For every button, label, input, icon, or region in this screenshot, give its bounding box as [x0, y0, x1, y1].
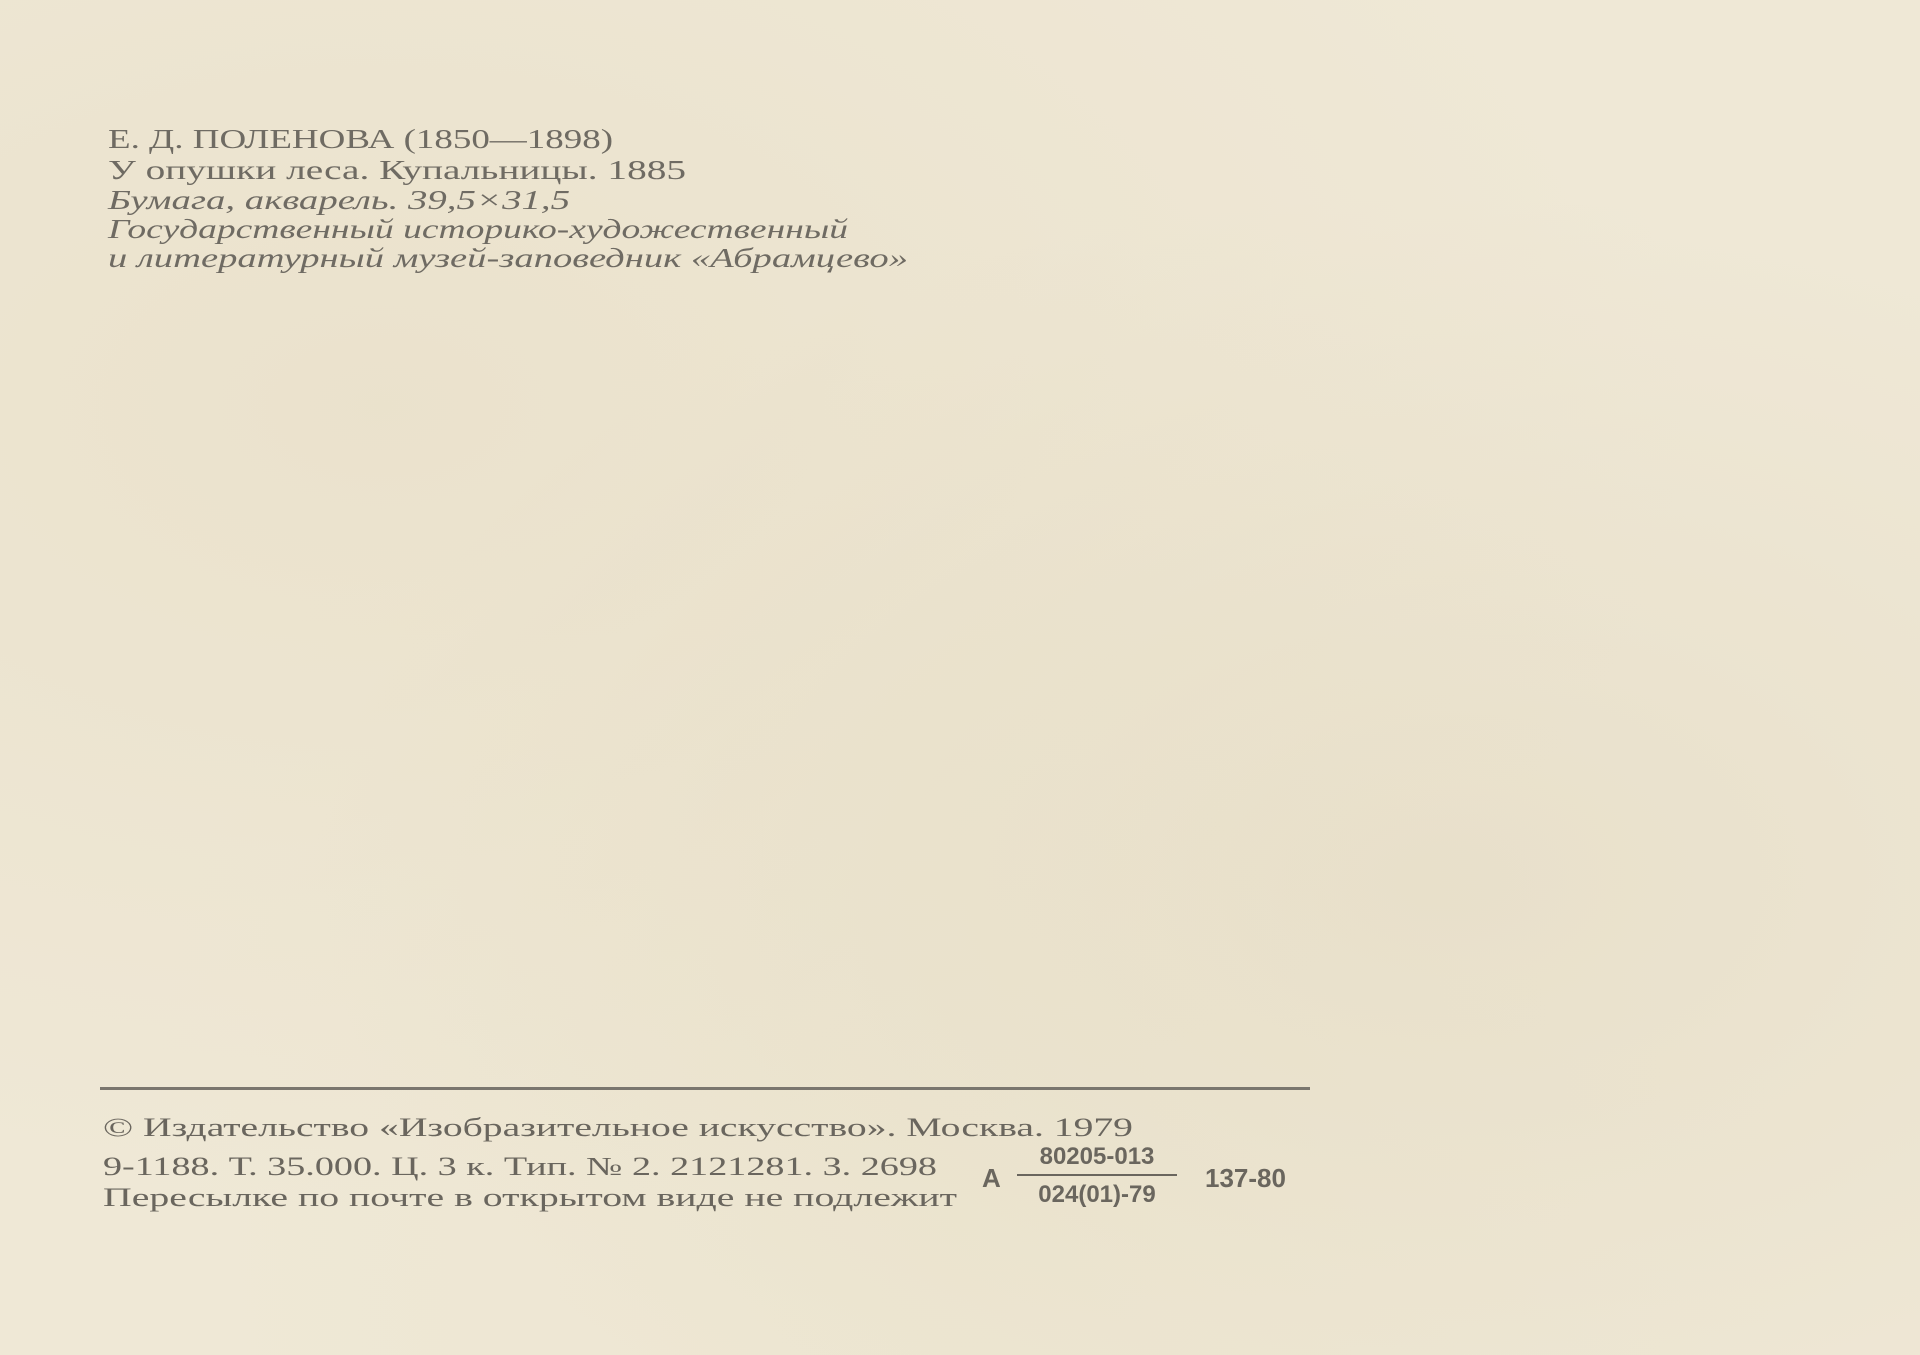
index-letter: А	[982, 1163, 1001, 1194]
publisher-line: © Издательство «Изобразительное искусств…	[103, 1113, 1133, 1143]
artwork-medium: Бумага, акварель. 39,5×31,5	[108, 185, 570, 215]
divider-rule	[100, 1087, 1310, 1090]
print-info-line: 9-1188. Т. 35.000. Ц. 3 к. Тип. № 2. 212…	[103, 1152, 937, 1182]
fraction-bar	[1017, 1174, 1177, 1176]
index-fraction: 80205-013 024(01)-79	[1017, 1142, 1177, 1210]
museum-line-2: и литературный музей-заповедник «Абрамце…	[108, 243, 908, 273]
postcard-back: Е. Д. ПОЛЕНОВА (1850—1898) У опушки леса…	[0, 0, 1920, 1355]
museum-line-1: Государственный историко-художественный	[108, 214, 848, 244]
artist-name: Е. Д. ПОЛЕНОВА (1850—1898)	[108, 124, 613, 154]
postal-note-line: Пересылке по почте в открытом виде не по…	[103, 1183, 957, 1213]
index-numerator: 80205-013	[1017, 1142, 1177, 1172]
index-code: 137-80	[1205, 1163, 1286, 1194]
index-denominator: 024(01)-79	[1017, 1180, 1177, 1210]
artwork-title: У опушки леса. Купальницы. 1885	[108, 155, 686, 185]
